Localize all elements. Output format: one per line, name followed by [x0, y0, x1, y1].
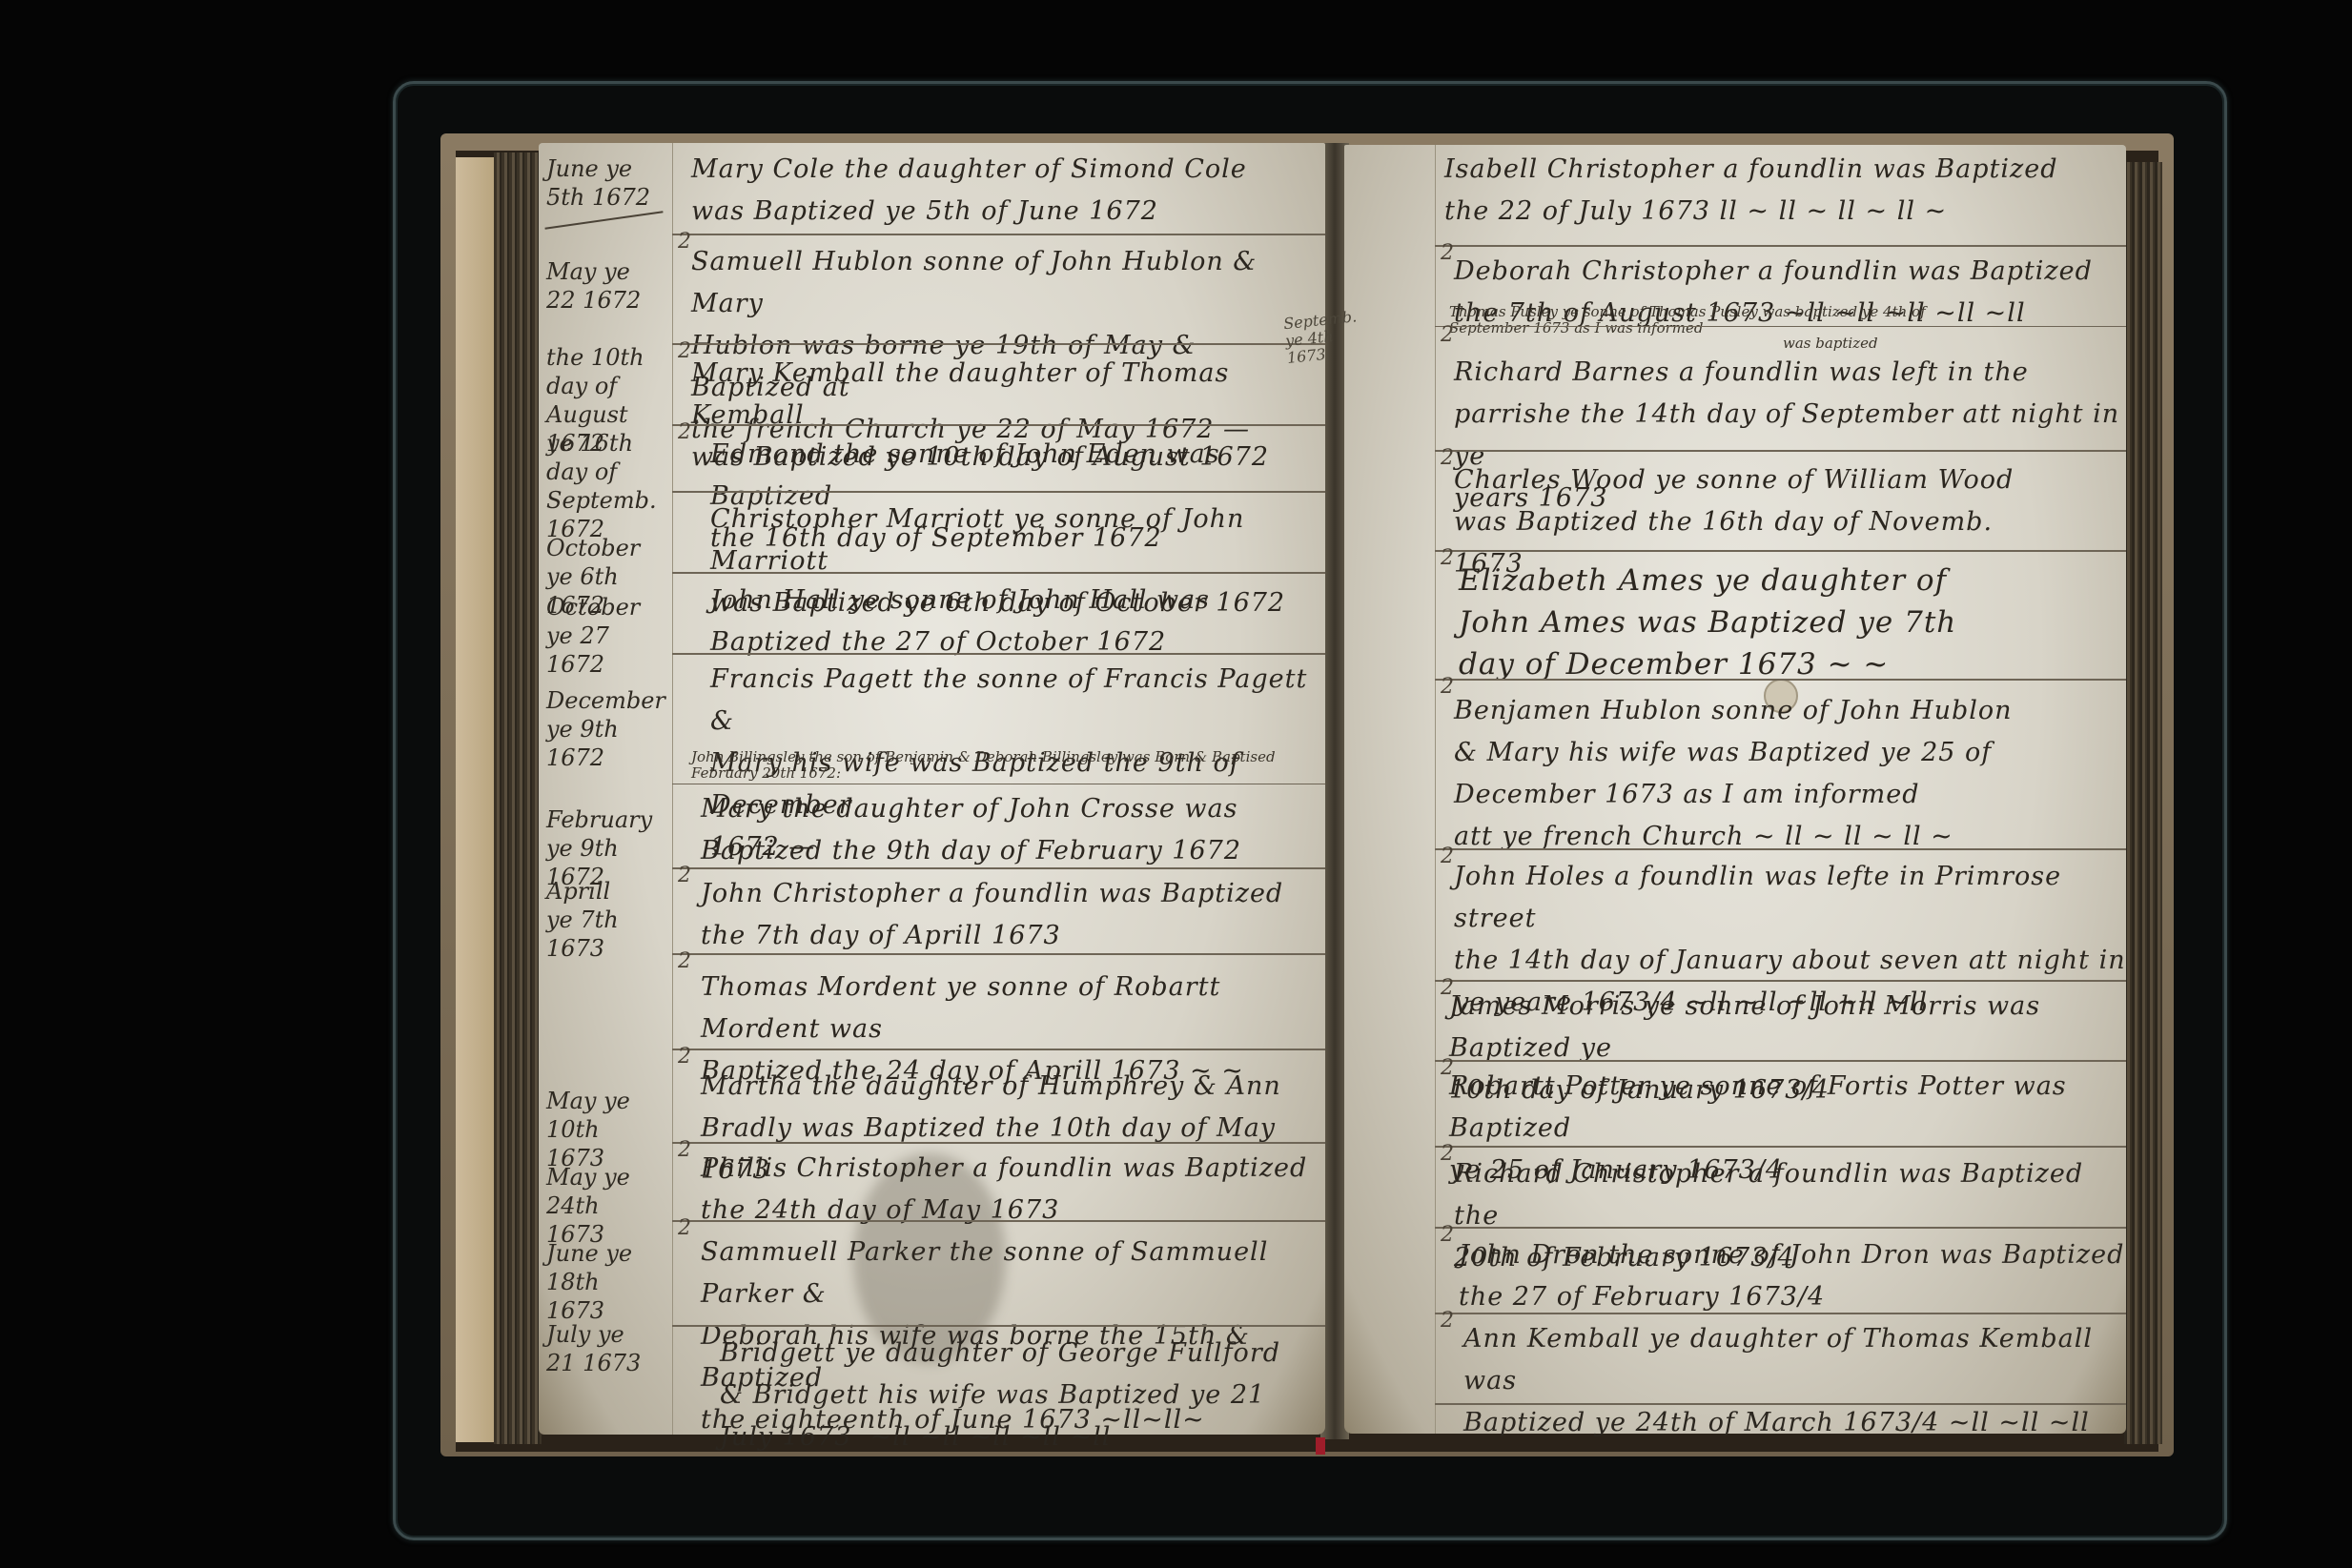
margin-date: May ye 22 1672: [546, 257, 665, 315]
margin-date: June ye 5th 1672: [546, 154, 665, 212]
register-entry: 2 Sammuell Parker the sonne of Sammuell …: [672, 1220, 1325, 1222]
register-entry: 2 John Christopher a foundlin was Baptiz…: [672, 867, 1325, 869]
entry-number: 2: [1441, 1223, 1454, 1247]
entry-number: 2: [1441, 845, 1454, 868]
margin-date: October ye 27 1672: [546, 593, 665, 679]
entry-text: John Hall ye sonne of John Hall was Bapt…: [710, 580, 1210, 663]
right-page: Septemb. ye 4th 1673 Isabell Christopher…: [1344, 145, 2126, 1434]
margin-date: Septemb. ye 4th 1673: [1282, 308, 1363, 367]
entry-number: 2: [1441, 241, 1454, 265]
entry-number: 2: [1441, 1142, 1454, 1166]
register-entry: 2 Samuell Hublon sonne of John Hublon & …: [672, 234, 1325, 235]
register-entry: 2 Phillis Christopher a foundlin was Bap…: [672, 1142, 1325, 1144]
entry-number: 2: [678, 1216, 691, 1240]
left-page: June ye 5th 1672 May ye 22 1672 the 10th…: [539, 143, 1325, 1435]
register-entry-empty: [1435, 1403, 2126, 1405]
register-entry: Bridgett ye daughter of George Fullford …: [672, 1325, 1325, 1327]
page-edges-right: [2124, 162, 2162, 1444]
register-entry: Francis Pagett the sonne of Francis Page…: [672, 653, 1325, 655]
page-edges-left: [494, 153, 542, 1444]
register-entry: 2 Charles Wood ye sonne of William Wood …: [1435, 450, 2126, 452]
register-entry: 2 Richard Christopher a foundlin was Bap…: [1435, 1146, 2126, 1148]
entry-number: 2: [678, 420, 691, 444]
entry-number: 2: [1441, 446, 1454, 470]
register-entry: 2 Robartt Potter ye sonne of Fortis Pott…: [1435, 1060, 2126, 1062]
margin-date: May ye 24th 1673: [546, 1163, 665, 1249]
entry-number: 2: [678, 339, 691, 363]
register-entry: John Hall ye sonne of John Hall was Bapt…: [672, 572, 1325, 574]
entry-text: Phillis Christopher a foundlin was Bapti…: [701, 1148, 1307, 1232]
insertion-note: Thomas Pusley ye sonne of Thomas Pusley …: [1449, 304, 1926, 336]
entry-text: Mary the daughter of John Crosse was Bap…: [701, 788, 1241, 872]
entry-text: John Christopher a foundlin was Baptized…: [701, 873, 1283, 957]
margin-date: June ye 18th 1673: [546, 1239, 665, 1325]
entry-number: 2: [678, 1045, 691, 1069]
insertion-caret: was baptized: [1783, 336, 1878, 352]
register-entry: 2 Benjamen Hublon sonne of John Hublon &…: [1435, 679, 2126, 681]
entry-number: 2: [1441, 1309, 1454, 1333]
register-entry: 2 James Morris ye sonne of John Morris w…: [1435, 980, 2126, 982]
entry-number: 2: [1441, 546, 1454, 570]
margin-date: ye 16th day of Septemb. 1672: [546, 429, 665, 543]
entry-text: Isabell Christopher a foundlin was Bapti…: [1444, 149, 2058, 233]
entry-number: 2: [1441, 675, 1454, 699]
register-entry: 2 Deborah Christopher a foundlin was Bap…: [1435, 245, 2126, 247]
margin-rule: [1435, 145, 1436, 1434]
register-entry: 2 Richard Barnes a foundlin was left in …: [1435, 326, 2126, 327]
entry-text: Mary Cole the daughter of Simond Cole wa…: [691, 149, 1247, 233]
entry-text: Elizabeth Ames ye daughter of John Ames …: [1459, 560, 1956, 685]
entry-text: Benjamen Hublon sonne of John Hublon & M…: [1454, 690, 2013, 858]
margin-date: July ye 21 1673: [546, 1320, 665, 1377]
margin-date-rule: [544, 211, 663, 229]
entry-number: 2: [678, 949, 691, 973]
entry-number: 2: [678, 230, 691, 254]
register-entry: 2 Ann Kemball ye daughter of Thomas Kemb…: [1435, 1313, 2126, 1314]
entry-number: 2: [1441, 323, 1454, 347]
register-entry: 2 Martha the daughter of Humphrey & Ann …: [672, 1049, 1325, 1050]
entry-text: Ann Kemball ye daughter of Thomas Kembal…: [1463, 1318, 2126, 1444]
register-entry: 2 Edmond the sonne of John Eden was Bapt…: [672, 424, 1325, 426]
entry-text: John Dron the sonne of John Dron was Bap…: [1459, 1234, 2124, 1318]
margin-rule: [672, 143, 673, 1435]
entry-number: 2: [678, 1138, 691, 1162]
register-entry: 2 Elizabeth Ames ye daughter of John Ame…: [1435, 550, 2126, 552]
register-entry: 2 John Holes a foundlin was lefte in Pri…: [1435, 848, 2126, 850]
insertion-note: John Billingsley the son of Benjamin & D…: [691, 749, 1276, 782]
flyleaf: [456, 157, 494, 1442]
margin-date: Aprill ye 7th 1673: [546, 877, 665, 963]
register-entry: 2 Thomas Mordent ye sonne of Robartt Mor…: [672, 953, 1325, 955]
register-entry: Christopher Marriott ye sonne of John Ma…: [672, 491, 1325, 493]
register-entry: 2 Mary Kemball the daughter of Thomas Ke…: [672, 343, 1325, 345]
register-entry: 2 John Dron the sonne of John Dron was B…: [1435, 1227, 2126, 1229]
register-entry: Mary the daughter of John Crosse was Bap…: [672, 784, 1325, 784]
margin-date: May ye 10th 1673: [546, 1087, 665, 1172]
entry-number: 2: [678, 864, 691, 887]
margin-date: December ye 9th 1672: [546, 686, 665, 772]
entry-text: Bridgett ye daughter of George Fullford …: [720, 1333, 1280, 1458]
